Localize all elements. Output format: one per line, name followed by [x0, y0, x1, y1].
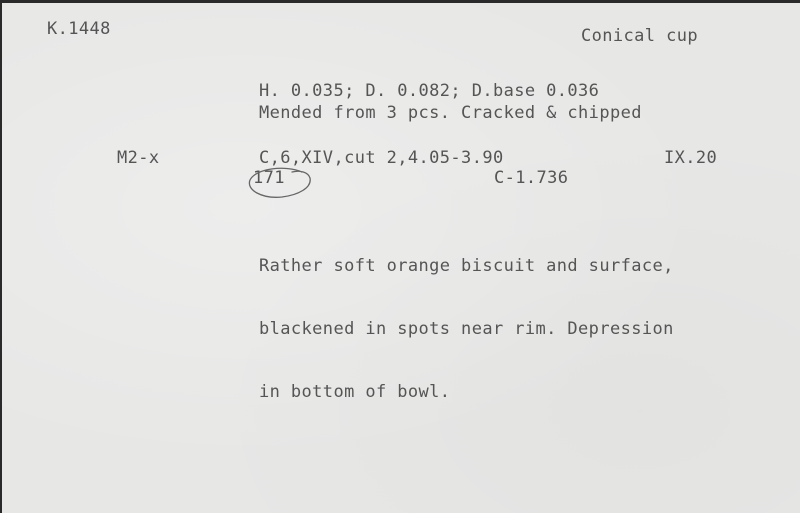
dimensions: H. 0.035; D. 0.082; D.base 0.036: [259, 81, 599, 101]
catalog-card: K.1448 Conical cup H. 0.035; D. 0.082; D…: [2, 3, 800, 513]
description-line: Rather soft orange biscuit and surface,: [259, 256, 674, 277]
description-line: in bottom of bowl.: [259, 382, 674, 403]
condition-note: Mended from 3 pcs. Cracked & chipped: [259, 103, 642, 123]
description-line: blackened in spots near rim. Depression: [259, 319, 674, 340]
date: IX.20: [664, 148, 717, 168]
circled-number: 171: [253, 168, 285, 188]
location-code: M2-x: [117, 148, 160, 168]
object-name: Conical cup: [581, 26, 698, 46]
excavation-context: C,6,XIV,cut 2,4.05-3.90: [259, 148, 504, 168]
photo-number: C-1.736: [494, 168, 568, 188]
description: Rather soft orange biscuit and surface, …: [259, 214, 674, 445]
catalog-number: K.1448: [47, 19, 111, 39]
